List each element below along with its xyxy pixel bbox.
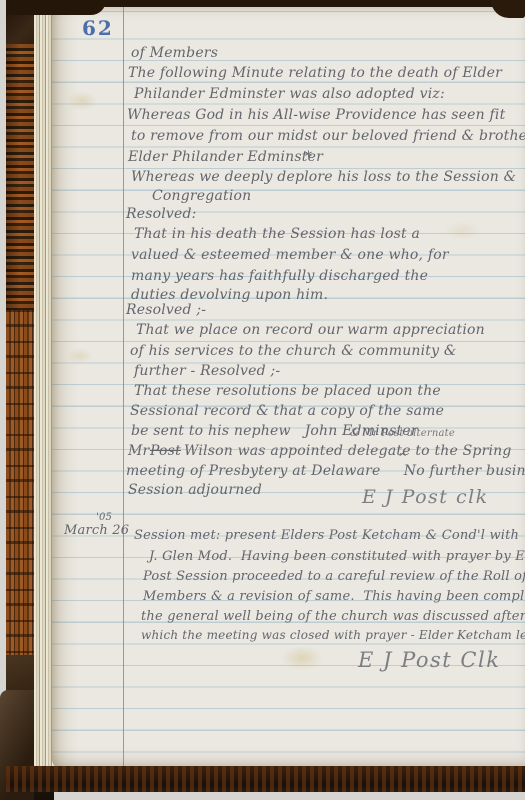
book-top-left-corner (6, 0, 106, 15)
ledger-page: 62 (52, 6, 525, 768)
book-bottom-edge (6, 766, 525, 792)
ledger-photo: 62 of MembersThe following Minute relati… (0, 0, 525, 800)
red-margin-line (123, 6, 124, 768)
page-stack-edge (34, 6, 54, 792)
page-number: 62 (82, 16, 114, 40)
